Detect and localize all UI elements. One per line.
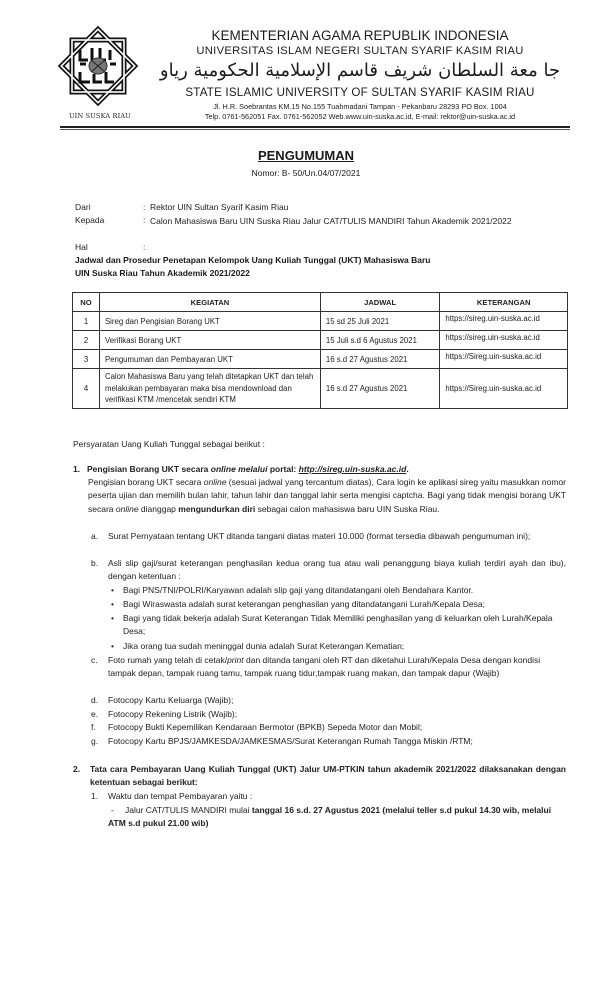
item-b-text: Asli slip gaji/surat keterangan penghasi… xyxy=(108,557,566,584)
document-title: PENGUMUMAN xyxy=(0,148,612,163)
row-kegiatan: Calon Mahasiswa Baru yang telah ditetapk… xyxy=(99,369,320,409)
section-2-heading: Tata cara Pembayaran Uang Kuliah Tunggal… xyxy=(90,763,566,790)
table-row: 2 Verifikasi Borang UKT 15 Juli s.d 6 Ag… xyxy=(73,331,568,350)
row-no: 3 xyxy=(73,350,100,369)
row-keterangan-link[interactable]: https://Sireg.uin-suska.ac.id xyxy=(440,350,568,369)
item-b-letter: b. xyxy=(91,557,98,570)
row-no: 4 xyxy=(73,369,100,409)
from-colon: : xyxy=(143,202,145,212)
ministry-name: KEMENTERIAN AGAMA REPUBLIK INDONESIA xyxy=(150,28,570,43)
item-c-text: Foto rumah yang telah di cetak/print dan… xyxy=(108,654,566,681)
header-jadwal: JADWAL xyxy=(320,293,439,312)
row-no: 1 xyxy=(73,312,100,331)
bullet-wiraswasta: Bagi Wiraswasta adalah surat keterangan … xyxy=(123,598,566,611)
item-g-letter: g. xyxy=(91,735,98,748)
table-row: 1 Sireg dan Pengisian Borang UKT 15 sd 2… xyxy=(73,312,568,331)
header-kegiatan: KEGIATAN xyxy=(99,293,320,312)
to-colon: : xyxy=(143,215,145,225)
subject-label: Hal xyxy=(75,242,88,252)
subject-colon: : xyxy=(143,242,145,252)
table-row: 4 Calon Mahasiswa Baru yang telah diteta… xyxy=(73,369,568,409)
header-keterangan: KETERANGAN xyxy=(440,293,568,312)
document-number: Nomor: B- 50/Un.04/07/2021 xyxy=(0,168,612,178)
to-value: Calon Mahasiswa Baru UIN Suska Riau Jalu… xyxy=(150,215,558,228)
letterhead-divider xyxy=(60,126,570,128)
row-jadwal: 16 s.d 27 Agustus 2021 xyxy=(320,350,439,369)
row-no: 2 xyxy=(73,331,100,350)
item-g-text: Fotocopy Kartu BPJS/JAMKESDA/JAMKESMAS/S… xyxy=(108,735,473,748)
table-row: 3 Pengumuman dan Pembayaran UKT 16 s.d 2… xyxy=(73,350,568,369)
item-e-text: Fotocopy Rekening Listrik (Wajib); xyxy=(108,708,237,721)
section-1-paragraph: Pengisian borang UKT secara online (sesu… xyxy=(88,476,566,516)
bullet-tidak-bekerja: Bagi yang tidak bekerja adalah Surat Ket… xyxy=(123,612,566,639)
subject-line-2: UIN Suska Riau Tahun Akademik 2021/2022 xyxy=(75,268,250,278)
item-f-text: Fotocopy Bukti Kepemilikan Kendaraan Ber… xyxy=(108,721,422,734)
row-jadwal: 16 s.d 27 Agustus 2021 xyxy=(320,369,439,409)
row-kegiatan: Sireg dan Pengisian Borang UKT xyxy=(99,312,320,331)
university-name-english: STATE ISLAMIC UNIVERSITY OF SULTAN SYARI… xyxy=(150,86,570,99)
header-no: NO xyxy=(73,293,100,312)
university-contact: Telp. 0761-562051 Fax. 0761-562052 Web.w… xyxy=(150,112,570,121)
section-1-number: 1. xyxy=(73,463,80,476)
item-d-letter: d. xyxy=(91,694,98,707)
logo-caption: UIN SUSKA RIAU xyxy=(50,112,150,120)
item-f-letter: f. xyxy=(91,721,96,734)
university-name-arabic: جا معة السلطان شريف قاسم الإسلامية الحكو… xyxy=(150,60,570,81)
university-address: Jl. H.R. Soebrantas KM.15 No.155 Tuahmad… xyxy=(150,102,570,111)
item-d-text: Fotocopy Kartu Keluarga (Wajib); xyxy=(108,694,233,707)
section-2-sub-number: 1. xyxy=(91,790,98,803)
bullet-meninggal: Jika orang tua sudah meninggal dunia ada… xyxy=(123,640,566,653)
bullet-pns: Bagi PNS/TNI/POLRI/Karyawan adalah slip … xyxy=(123,584,566,597)
subject-line-1: Jadwal dan Prosedur Penetapan Kelompok U… xyxy=(75,255,431,265)
letterhead-divider-thin xyxy=(60,129,570,130)
item-e-letter: e. xyxy=(91,708,98,721)
row-jadwal: 15 sd 25 Juli 2021 xyxy=(320,312,439,331)
row-keterangan-link[interactable]: https://sireg.uin-suska.ac.id xyxy=(440,312,568,331)
section-1-heading: Pengisian Borang UKT secara online melal… xyxy=(87,463,567,476)
university-logo xyxy=(56,24,140,108)
row-keterangan-link[interactable]: https://sireg.uin-suska.ac.id xyxy=(440,331,568,350)
to-label: Kepada xyxy=(75,215,104,225)
item-a-text: Surat Pernyataan tentang UKT ditanda tan… xyxy=(108,530,566,543)
section-2-sub-text: Waktu dan tempat Pembayaran yaitu : xyxy=(108,790,252,803)
row-keterangan-link[interactable]: https://Sireg.uin-suska.ac.id xyxy=(440,369,568,409)
row-kegiatan: Pengumuman dan Pembayaran UKT xyxy=(99,350,320,369)
sireg-portal-link[interactable]: http://sireg.uin-suska.ac.id xyxy=(299,464,407,474)
item-a-letter: a. xyxy=(91,530,98,543)
schedule-table: NO KEGIATAN JADWAL KETERANGAN 1 Sireg da… xyxy=(72,292,568,409)
item-c-letter: c. xyxy=(91,654,98,667)
section-2-number: 2. xyxy=(73,763,80,776)
row-jadwal: 15 Juli s.d 6 Agustus 2021 xyxy=(320,331,439,350)
from-value: Rektor UIN Sultan Syarif Kasim Riau xyxy=(150,202,560,212)
row-kegiatan: Verifikasi Borang UKT xyxy=(99,331,320,350)
table-header-row: NO KEGIATAN JADWAL KETERANGAN xyxy=(73,293,568,312)
section-2-payment-detail: Jalur CAT/TULIS MANDIRI mulai tanggal 16… xyxy=(108,804,568,831)
university-name: UNIVERSITAS ISLAM NEGERI SULTAN SYARIF K… xyxy=(150,45,570,57)
requirements-intro: Persyaratan Uang Kuliah Tunggal sebagai … xyxy=(73,438,265,451)
from-label: Dari xyxy=(75,202,91,212)
